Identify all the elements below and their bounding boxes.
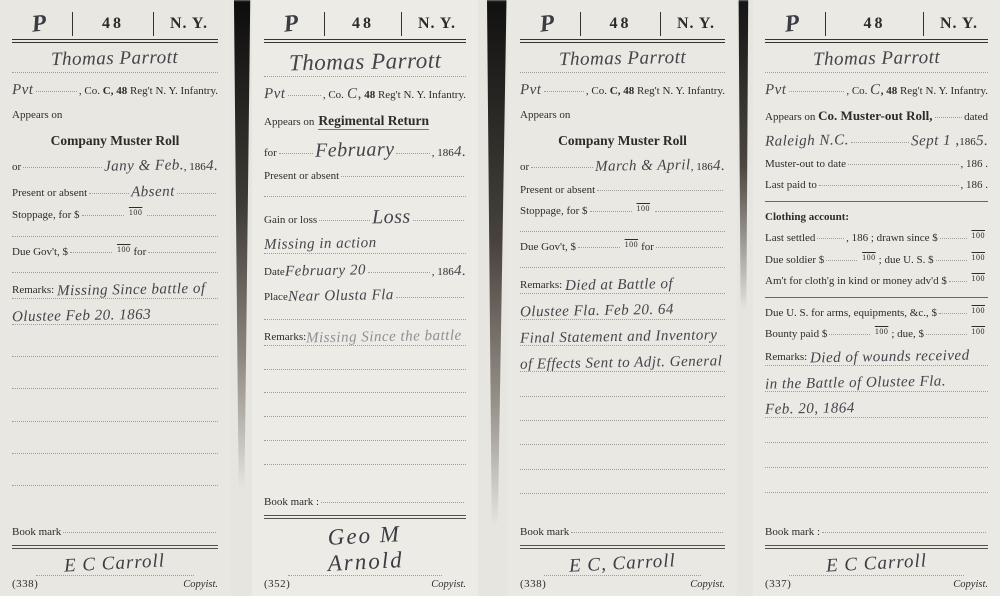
company-letter: P — [11, 9, 67, 39]
rank-unit-line: Pvt , Co. C, 48 Reg't N. Y. Infantry. — [264, 86, 466, 103]
for-label: for — [133, 246, 146, 258]
last-settled-line: Last settled , 186 ; drawn since $ 100 — [765, 232, 988, 244]
footer-row: (352) Copyist. — [264, 578, 466, 590]
cents-fraction: 100 — [972, 275, 986, 284]
unit-text: Reg't N. Y. Infantry. — [130, 85, 218, 97]
blank-dotted-line — [765, 467, 988, 468]
rank-value: Pvt — [264, 86, 286, 103]
regiment-number: 48 — [832, 15, 917, 33]
place-line: Place Near Olusta Fla — [264, 288, 466, 305]
roll-title: Company Muster Roll — [12, 133, 218, 149]
dotted-leader — [817, 238, 844, 239]
rank-unit-line: Pvt , Co. C, 48 Reg't N. Y. Infantry. — [520, 82, 725, 99]
blank-lines-area — [520, 372, 725, 517]
dotted-leader — [578, 247, 620, 248]
dotted-leader — [368, 272, 430, 273]
company-value: C, — [610, 85, 621, 97]
scan-shadow-separator — [478, 0, 508, 596]
blank-dotted-line — [264, 416, 466, 417]
unit-text: Reg't N. Y. Infantry. — [378, 89, 466, 101]
present-absent-line: Present or absent — [264, 170, 466, 182]
card-footer: E C, Carroll (338) Copyist. — [520, 549, 725, 590]
present-label: Present or absent — [520, 184, 595, 196]
header-divider — [923, 12, 924, 36]
muster-out-to-date-line: Muster-out to date , 186 . — [765, 158, 988, 170]
regiment-value: 48 — [116, 85, 127, 97]
header-divider — [660, 12, 661, 36]
dotted-leader — [590, 211, 632, 212]
cents-fraction: 100 — [972, 328, 986, 337]
book-mark-line: Book mark — [520, 526, 725, 538]
roll-title: Co. Muster-out Roll, — [818, 109, 932, 123]
copyist-label: Copyist. — [953, 579, 988, 590]
gain-loss-label: Gain or loss — [264, 214, 317, 226]
company-letter: P — [519, 9, 575, 39]
arms-label: Due U. S. for arms, equipments, &c., $ — [765, 307, 937, 319]
card-number: (338) — [520, 578, 546, 590]
header-divider — [153, 12, 154, 36]
dotted-leader — [23, 167, 102, 168]
service-record-cards-sheet: P 48 N. Y. Thomas Parrott Pvt , Co. C, 4… — [0, 0, 1000, 596]
dotted-leader — [939, 313, 967, 314]
blank-dotted-line — [765, 492, 988, 493]
card-footer: Geo M Arnold (352) Copyist. — [264, 519, 466, 590]
gain-loss-value-2: Missing in action — [264, 236, 377, 254]
appears-on-label: Appears on — [264, 116, 314, 128]
date-value: Sept 1 , — [911, 132, 960, 149]
dotted-leader — [936, 260, 967, 261]
dotted-leader — [82, 215, 124, 216]
unit-text: Reg't N. Y. Infantry. — [637, 85, 725, 97]
blank-dotted-line — [765, 442, 988, 443]
remarks-label: Remarks: — [520, 279, 562, 291]
dotted-leader — [848, 164, 958, 165]
soldier-name-line: Thomas Parrott — [765, 49, 988, 73]
dotted-leader — [531, 167, 593, 168]
year-printed: 186 — [959, 136, 976, 148]
blank-lines-area — [12, 325, 218, 518]
regiment-value: 48 — [364, 89, 375, 101]
appears-on-line: Appears on — [520, 109, 725, 121]
company-label: , Co. — [586, 85, 607, 97]
remarks-line-2: Olustee Fla. Feb 20. 64 — [520, 302, 725, 320]
copyist-label: Copyist. — [690, 579, 725, 590]
card-header: P 48 N. Y. — [765, 10, 988, 43]
rank-unit-line: Pvt , Co. C , 48 Reg't N. Y. Infantry. — [765, 82, 988, 99]
regiment-number: 48 — [79, 15, 147, 33]
remarks-text: Missing Since battle of — [57, 281, 206, 299]
rank-value: Pvt — [520, 82, 542, 99]
dotted-leader — [822, 532, 986, 533]
header-divider — [324, 12, 325, 36]
section-rule — [765, 201, 988, 202]
dotted-leader — [413, 220, 464, 221]
appears-on-line: Appears on Co. Muster-out Roll, dated — [765, 109, 988, 123]
regiment-number: 48 — [587, 15, 654, 33]
copyist-signature-line: E C, Carroll — [544, 553, 701, 576]
soldier-name: Thomas Parrott — [51, 48, 179, 71]
dotted-leader — [63, 532, 216, 533]
dotted-leader — [826, 260, 857, 261]
book-mark-label: Book mark : — [765, 526, 820, 538]
blank-dotted-line — [12, 388, 218, 389]
clothing-label: Clothing account: — [765, 211, 849, 223]
blank-dotted-line — [520, 444, 725, 445]
section-rule — [765, 297, 988, 298]
remarks-label: Remarks: — [264, 331, 306, 343]
present-label: Present or absent — [264, 170, 339, 182]
blank-dotted-line — [520, 267, 725, 268]
header-divider — [401, 12, 402, 36]
scan-shadow-separator — [230, 0, 252, 596]
blank-dotted-line — [264, 369, 466, 370]
card-header: P 48 N. Y. — [12, 10, 218, 43]
clothing-amount-line: Am't for cloth'g in kind or money adv'd … — [765, 275, 988, 287]
book-mark-line: Book mark — [12, 526, 218, 538]
dotted-leader — [89, 193, 129, 194]
blank-dotted-line — [520, 420, 725, 421]
cents-fraction: 100 — [117, 246, 131, 255]
regiment-value: 48 — [623, 85, 634, 97]
footer-row: (338) Copyist. — [12, 578, 218, 590]
due-govt-line: Due Gov't, $ 100 for — [520, 241, 725, 253]
copyist-label: Copyist. — [183, 579, 218, 590]
dotted-leader — [147, 215, 216, 216]
year-digit: 5. — [976, 133, 989, 150]
appears-on-label: Appears on — [765, 111, 815, 123]
arms-equipments-line: Due U. S. for arms, equipments, &c., $ 1… — [765, 307, 988, 319]
copyist-signature: E C, Carroll — [569, 550, 677, 578]
year-printed: , 186 — [691, 161, 713, 173]
footer-row: (337) Copyist. — [765, 578, 988, 590]
blank-dotted-line — [264, 319, 466, 320]
remarks-label: Remarks: — [12, 284, 54, 296]
remarks-label: Remarks: — [765, 351, 807, 363]
blank-dotted-line — [12, 421, 218, 422]
card-muster-out-roll: P 48 N. Y. Thomas Parrott Pvt , Co. C , … — [753, 0, 1000, 596]
soldier-name: Thomas Parrott — [813, 48, 941, 71]
cents-fraction: 100 — [875, 328, 889, 337]
period-line: or March & April , 186 4. — [520, 158, 725, 175]
copyist-signature: Geo M Arnold — [287, 519, 444, 579]
year-printed: , 186 — [846, 232, 868, 244]
bounty-line: Bounty paid $ 100 ; due, $ 100 — [765, 328, 988, 340]
last-settled-label: Last settled — [765, 232, 815, 244]
blank-dotted-line — [12, 236, 218, 237]
or-label: or — [520, 161, 529, 173]
dotted-leader — [544, 91, 584, 92]
cents-fraction: 100 — [637, 205, 651, 214]
company-value: C, — [347, 86, 362, 103]
header-divider — [825, 12, 826, 36]
remarks-line-1: Remarks: Missing Since the battle — [264, 328, 466, 346]
dotted-leader — [148, 252, 216, 253]
shadow-wedge — [478, 0, 508, 596]
company-letter: P — [263, 9, 319, 39]
cents-fraction: 100 — [972, 254, 986, 263]
due-soldier-line: Due soldier $ 100 ; due U. S. $ 100 — [765, 254, 988, 266]
remarks-text: Missing Since the battle — [306, 328, 462, 346]
blank-dotted-line — [12, 485, 218, 486]
dotted-leader — [288, 95, 321, 96]
state-abbrev: N. Y. — [667, 15, 725, 33]
remarks-text: Final Statement and Inventory — [520, 328, 718, 346]
amount-label: Am't for cloth'g in kind or money adv'd … — [765, 275, 947, 287]
blank-dotted-line — [520, 396, 725, 397]
state-abbrev: N. Y. — [160, 15, 218, 33]
date-line: Date February 20 , 186 4. — [264, 263, 466, 280]
header-divider — [72, 12, 73, 36]
dotted-leader — [829, 334, 869, 335]
muster-out-label: Muster-out to date — [765, 158, 846, 170]
company-label: , Co. — [79, 85, 100, 97]
regiment-value: , 48 — [881, 85, 898, 97]
present-absent-line: Present or absent Absent — [12, 184, 218, 201]
dotted-leader — [571, 532, 723, 533]
roll-title: Regimental Return — [318, 114, 429, 130]
card-number: (337) — [765, 578, 791, 590]
dotted-leader — [819, 185, 959, 186]
stoppage-label: Stoppage, for $ — [520, 205, 588, 217]
remarks-text: Feb. 20, 1864 — [765, 400, 855, 418]
blank-dotted-line — [264, 440, 466, 441]
company-label: , Co. — [846, 85, 867, 97]
appears-on-line: Appears on Regimental Return — [264, 114, 466, 130]
bounty-due-label: ; due, $ — [891, 328, 924, 340]
last-paid-label: Last paid to — [765, 179, 817, 191]
appears-on-label: Appears on — [520, 109, 570, 121]
stoppage-label: Stoppage, for $ — [12, 209, 80, 221]
dotted-leader — [851, 142, 909, 143]
dotted-leader — [321, 502, 464, 503]
or-label: or — [12, 161, 21, 173]
due-govt-label: Due Gov't, $ — [520, 241, 576, 253]
company-value: C, — [103, 85, 114, 97]
dotted-leader — [70, 252, 112, 253]
scan-shadow-separator — [737, 0, 753, 596]
dotted-leader — [656, 247, 723, 248]
remarks-line-1: Remarks: Died of wounds received — [765, 348, 988, 366]
soldier-name-line: Thomas Parrott — [520, 49, 725, 73]
place-value: Near Olusta Fla — [288, 287, 394, 305]
company-label: , Co. — [323, 89, 344, 101]
dotted-leader — [396, 297, 464, 298]
company-value: C — [870, 82, 881, 99]
cents-fraction: 100 — [129, 209, 143, 218]
blank-dotted-line — [520, 493, 725, 494]
place-label: Place — [264, 291, 288, 303]
appears-on-label: Appears on — [12, 109, 62, 121]
blank-dotted-line — [264, 392, 466, 393]
cents-fraction: 100 — [972, 307, 986, 316]
remarks-text: Died at Battle of — [565, 276, 673, 294]
year-printed: , 186 . — [961, 179, 989, 191]
remarks-line-1: Remarks: Missing Since battle of — [12, 281, 218, 299]
for-label: for — [264, 147, 277, 159]
present-label: Present or absent — [12, 187, 87, 199]
remarks-text: Olustee Feb 20. 1863 — [12, 307, 151, 325]
year-printed: , 186 — [432, 147, 454, 159]
card-footer: E C Carroll (337) Copyist. — [765, 549, 988, 590]
state-abbrev: N. Y. — [930, 15, 988, 33]
due-govt-label: Due Gov't, $ — [12, 246, 68, 258]
cents-fraction: 100 — [625, 241, 639, 250]
copyist-signature-line: E C Carroll — [36, 553, 194, 576]
copyist-signature-line: E C Carroll — [789, 553, 964, 576]
dotted-leader — [940, 238, 967, 239]
for-month-line: for February , 186 4. — [264, 139, 466, 161]
card-number: (352) — [264, 578, 290, 590]
place-value: Raleigh N.C. — [765, 132, 849, 150]
remarks-line-3: Final Statement and Inventory — [520, 328, 725, 346]
present-absent-line: Present or absent — [520, 184, 725, 196]
soldier-name-line: Thomas Parrott — [264, 49, 466, 77]
dotted-leader — [655, 211, 723, 212]
gain-loss-line: Gain or loss Loss — [264, 206, 466, 228]
copyist-signature: E C Carroll — [64, 550, 166, 577]
dotted-leader — [789, 91, 845, 92]
blank-lines-area — [765, 418, 988, 517]
card-regimental-return: P 48 N. Y. Thomas Parrott Pvt , Co. C, 4… — [252, 0, 478, 596]
for-label: for — [641, 241, 654, 253]
card-header: P 48 N. Y. — [520, 10, 725, 43]
muster-out-place-date-line: Raleigh N.C. Sept 1 , 186 5. — [765, 133, 988, 150]
dotted-leader — [396, 153, 430, 154]
dotted-leader — [597, 190, 723, 191]
book-mark-label: Book mark — [12, 526, 61, 538]
gain-loss-line-2: Missing in action — [264, 236, 466, 254]
remarks-line-3: Feb. 20, 1864 — [765, 400, 988, 418]
card-muster-roll-jan-feb: P 48 N. Y. Thomas Parrott Pvt , Co. C, 4… — [0, 0, 230, 596]
regiment-number: 48 — [331, 15, 395, 33]
company-letter: P — [764, 9, 820, 39]
date-value: February 20 — [285, 262, 366, 280]
unit-text: Reg't N. Y. Infantry. — [900, 85, 988, 97]
dotted-leader — [177, 193, 217, 194]
period-value: Jany & Feb. — [104, 158, 184, 176]
due-govt-line: Due Gov't, $ 100 for — [12, 246, 218, 258]
stoppage-line: Stoppage, for $ 100 — [520, 205, 725, 217]
soldier-name: Thomas Parrott — [559, 48, 687, 71]
dotted-leader — [949, 281, 967, 282]
blank-lines-area — [264, 346, 466, 488]
remarks-line-2: in the Battle of Olustee Fla. — [765, 374, 988, 392]
blank-dotted-line — [12, 453, 218, 454]
month-value: February — [314, 138, 394, 161]
book-mark-label: Book mark — [520, 526, 569, 538]
dotted-leader — [36, 91, 77, 92]
blank-dotted-line — [520, 469, 725, 470]
year-digit: 4. — [454, 263, 467, 280]
clothing-account-heading: Clothing account: — [765, 211, 988, 223]
year-digit: 4. — [206, 158, 219, 175]
blank-dotted-line — [12, 356, 218, 357]
book-mark-label: Book mark : — [264, 496, 319, 508]
bounty-label: Bounty paid $ — [765, 328, 827, 340]
blank-dotted-line — [520, 231, 725, 232]
year-printed: , 186 . — [961, 158, 989, 170]
rank-value: Pvt — [765, 82, 787, 99]
header-divider — [580, 12, 581, 36]
period-line: or Jany & Feb. , 186 4. — [12, 158, 218, 175]
period-value: March & April — [595, 158, 691, 176]
shadow-wedge — [230, 0, 252, 596]
remarks-line-1: Remarks: Died at Battle of — [520, 276, 725, 294]
blank-dotted-line — [264, 196, 466, 197]
appears-on-line: Appears on — [12, 109, 218, 121]
due-us-label: ; due U. S. $ — [879, 254, 934, 266]
cents-fraction: 100 — [972, 232, 986, 241]
last-paid-line: Last paid to , 186 . — [765, 179, 988, 191]
roll-title: Company Muster Roll — [520, 133, 725, 149]
soldier-name: Thomas Parrott — [289, 48, 442, 76]
date-label: Date — [264, 266, 285, 278]
year-digit: 4. — [713, 158, 726, 175]
blank-dotted-line — [12, 272, 218, 273]
rank-value: Pvt — [12, 82, 34, 99]
remarks-line-4: of Effects Sent to Adjt. General — [520, 354, 725, 372]
dotted-leader — [341, 176, 464, 177]
dated-label: dated — [964, 111, 988, 123]
copyist-signature: E C Carroll — [825, 550, 927, 577]
shadow-wedge — [737, 0, 753, 596]
card-footer: E C Carroll (338) Copyist. — [12, 549, 218, 590]
due-soldier-label: Due soldier $ — [765, 254, 824, 266]
remarks-text: in the Battle of Olustee Fla. — [765, 374, 946, 392]
dotted-leader — [279, 153, 313, 154]
blank-dotted-line — [264, 464, 466, 465]
footer-row: (338) Copyist. — [520, 578, 725, 590]
remarks-text: of Effects Sent to Adjt. General — [520, 354, 722, 372]
year-printed: , 186 — [184, 161, 206, 173]
dotted-leader — [319, 220, 370, 221]
rank-unit-line: Pvt , Co. C, 48 Reg't N. Y. Infantry. — [12, 82, 218, 99]
book-mark-line: Book mark : — [765, 526, 988, 538]
dotted-leader — [926, 334, 966, 335]
remarks-line-2: Olustee Feb 20. 1863 — [12, 307, 218, 325]
present-value: Absent — [131, 184, 175, 201]
cents-fraction: 100 — [862, 254, 876, 263]
book-mark-line: Book mark : — [264, 496, 466, 508]
state-abbrev: N. Y. — [408, 15, 466, 33]
year-digit: 4. — [454, 144, 467, 161]
stoppage-line: Stoppage, for $ 100 — [12, 209, 218, 221]
card-number: (338) — [12, 578, 38, 590]
card-header: P 48 N. Y. — [264, 10, 466, 43]
copyist-signature-line: Geo M Arnold — [288, 523, 442, 576]
drawn-since-label: ; drawn since $ — [871, 232, 938, 244]
gain-loss-value: Loss — [372, 205, 411, 228]
copyist-label: Copyist. — [431, 579, 466, 590]
card-muster-roll-mar-apr: P 48 N. Y. Thomas Parrott Pvt , Co. C, 4… — [508, 0, 737, 596]
remarks-text: Died of wounds received — [810, 348, 970, 366]
dotted-leader — [935, 117, 963, 118]
soldier-name-line: Thomas Parrott — [12, 49, 218, 73]
year-printed: , 186 — [432, 266, 454, 278]
remarks-text: Olustee Fla. Feb 20. 64 — [520, 302, 674, 320]
